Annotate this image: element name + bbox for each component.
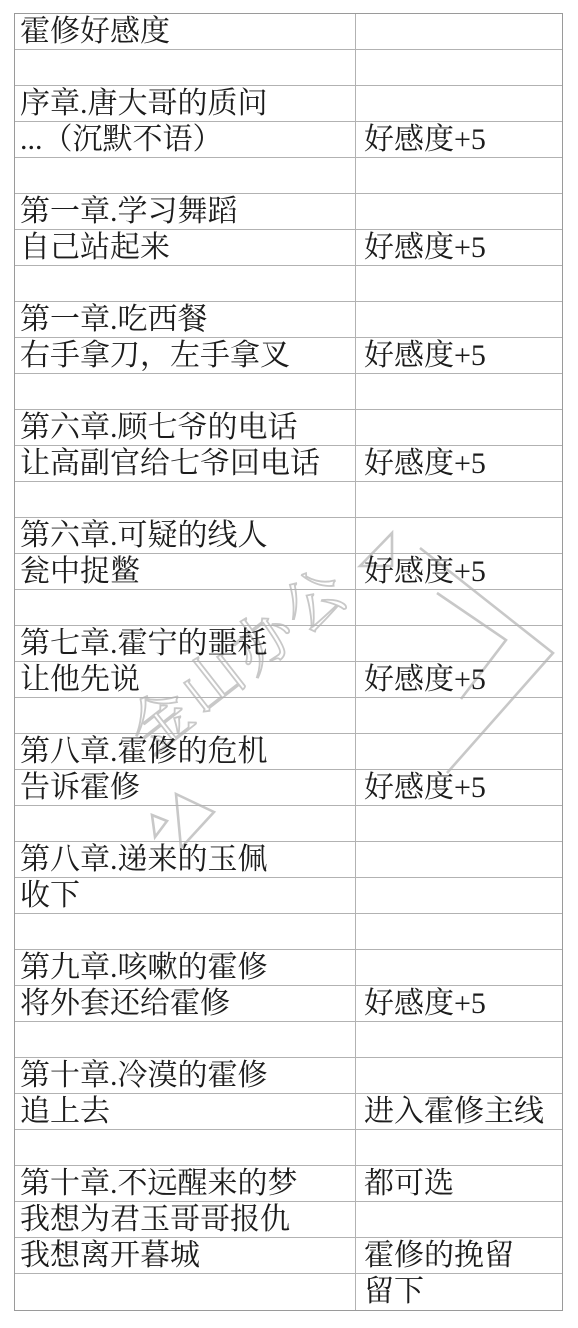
reward-cell[interactable] [356,698,562,733]
reward-cell[interactable] [356,482,562,517]
reward-cell[interactable]: 好感度+5 [356,770,562,805]
table-row: 追上去进入霍修主线 [15,1094,562,1130]
choice-cell[interactable]: 瓮中捉鳖 [15,554,356,589]
choice-cell[interactable] [15,482,356,517]
reward-cell[interactable] [356,14,562,49]
favorability-table: 霍修好感度序章.唐大哥的质问...（沉默不语）好感度+5第一章.学习舞蹈自己站起… [14,13,563,1311]
reward-cell[interactable] [356,86,562,121]
choice-cell[interactable]: 第十章.不远醒来的梦 [15,1166,356,1201]
table-row: ...（沉默不语）好感度+5 [15,122,562,158]
reward-cell[interactable] [356,626,562,661]
document-page: 金山办公 霍修好感度序章.唐大哥的质问...（沉默不语）好感度+5第一章.学习舞… [0,0,578,1328]
reward-cell[interactable]: 霍修的挽留 [356,1238,562,1273]
table-row [15,1022,562,1058]
reward-cell[interactable] [356,1058,562,1093]
choice-cell[interactable]: 第七章.霍宁的噩耗 [15,626,356,661]
choice-cell[interactable]: 第九章.咳嗽的霍修 [15,950,356,985]
reward-cell[interactable] [356,410,562,445]
choice-cell[interactable] [15,806,356,841]
table-row: 瓮中捉鳖好感度+5 [15,554,562,590]
choice-cell[interactable] [15,1130,356,1165]
choice-cell[interactable]: 第八章.霍修的危机 [15,734,356,769]
choice-cell[interactable] [15,698,356,733]
choice-cell[interactable]: 收下 [15,878,356,913]
choice-cell[interactable]: ...（沉默不语） [15,122,356,157]
choice-cell[interactable]: 第六章.可疑的线人 [15,518,356,553]
table-row [15,806,562,842]
table-row: 第十章.不远醒来的梦都可选 [15,1166,562,1202]
reward-cell[interactable] [356,374,562,409]
reward-cell[interactable]: 好感度+5 [356,446,562,481]
table-row: 将外套还给霍修好感度+5 [15,986,562,1022]
table-row: 右手拿刀，左手拿叉好感度+5 [15,338,562,374]
table-row: 让高副官给七爷回电话好感度+5 [15,446,562,482]
table-row [15,266,562,302]
choice-cell[interactable]: 自己站起来 [15,230,356,265]
table-row [15,1130,562,1166]
reward-cell[interactable] [356,158,562,193]
choice-cell[interactable]: 我想离开暮城 [15,1238,356,1273]
choice-cell[interactable] [15,914,356,949]
reward-cell[interactable] [356,50,562,85]
choice-cell[interactable]: 我想为君玉哥哥报仇 [15,1202,356,1237]
reward-cell[interactable] [356,950,562,985]
reward-cell[interactable]: 好感度+5 [356,230,562,265]
table-row: 第一章.吃西餐 [15,302,562,338]
table-row: 第八章.霍修的危机 [15,734,562,770]
table-row [15,374,562,410]
reward-cell[interactable]: 进入霍修主线 [356,1094,562,1129]
reward-cell[interactable] [356,878,562,913]
choice-cell[interactable]: 第一章.学习舞蹈 [15,194,356,229]
choice-cell[interactable]: 将外套还给霍修 [15,986,356,1021]
choice-cell[interactable]: 告诉霍修 [15,770,356,805]
reward-cell[interactable] [356,194,562,229]
reward-cell[interactable]: 好感度+5 [356,554,562,589]
reward-cell[interactable] [356,590,562,625]
table-row: 序章.唐大哥的质问 [15,86,562,122]
table-row: 第六章.顾七爷的电话 [15,410,562,446]
table-row: 第七章.霍宁的噩耗 [15,626,562,662]
table-row: 收下 [15,878,562,914]
reward-cell[interactable] [356,914,562,949]
choice-cell[interactable]: 让他先说 [15,662,356,697]
reward-cell[interactable] [356,1022,562,1057]
table-row: 告诉霍修好感度+5 [15,770,562,806]
choice-cell[interactable]: 右手拿刀，左手拿叉 [15,338,356,373]
table-row: 我想离开暮城霍修的挽留 [15,1238,562,1274]
choice-cell[interactable] [15,266,356,301]
table-row [15,50,562,86]
reward-cell[interactable] [356,266,562,301]
table-row: 第六章.可疑的线人 [15,518,562,554]
choice-cell[interactable]: 第十章.冷漠的霍修 [15,1058,356,1093]
choice-cell[interactable]: 让高副官给七爷回电话 [15,446,356,481]
reward-cell[interactable]: 留下 [356,1274,562,1310]
table-row: 留下 [15,1274,562,1310]
choice-cell[interactable]: 第一章.吃西餐 [15,302,356,337]
table-row: 第八章.递来的玉佩 [15,842,562,878]
reward-cell[interactable]: 好感度+5 [356,662,562,697]
reward-cell[interactable]: 好感度+5 [356,986,562,1021]
reward-cell[interactable] [356,842,562,877]
table-row: 自己站起来好感度+5 [15,230,562,266]
reward-cell[interactable] [356,518,562,553]
choice-cell[interactable] [15,590,356,625]
choice-cell[interactable] [15,50,356,85]
reward-cell[interactable]: 都可选 [356,1166,562,1201]
choice-cell[interactable]: 追上去 [15,1094,356,1129]
reward-cell[interactable] [356,1130,562,1165]
table-row [15,698,562,734]
reward-cell[interactable] [356,1202,562,1237]
table-row: 第十章.冷漠的霍修 [15,1058,562,1094]
table-row: 第九章.咳嗽的霍修 [15,950,562,986]
choice-cell[interactable]: 霍修好感度 [15,14,356,49]
reward-cell[interactable] [356,302,562,337]
table-row [15,590,562,626]
choice-cell[interactable] [15,158,356,193]
choice-cell[interactable]: 序章.唐大哥的质问 [15,86,356,121]
choice-cell[interactable]: 第六章.顾七爷的电话 [15,410,356,445]
table-row: 霍修好感度 [15,14,562,50]
reward-cell[interactable] [356,806,562,841]
table-row [15,914,562,950]
table-row: 第一章.学习舞蹈 [15,194,562,230]
reward-cell[interactable]: 好感度+5 [356,122,562,157]
table-row [15,482,562,518]
reward-cell[interactable] [356,734,562,769]
table-row: 我想为君玉哥哥报仇 [15,1202,562,1238]
reward-cell[interactable]: 好感度+5 [356,338,562,373]
choice-cell[interactable]: 第八章.递来的玉佩 [15,842,356,877]
choice-cell[interactable] [15,1022,356,1057]
table-row: 让他先说好感度+5 [15,662,562,698]
choice-cell[interactable] [15,374,356,409]
choice-cell[interactable] [15,1274,356,1310]
table-row [15,158,562,194]
